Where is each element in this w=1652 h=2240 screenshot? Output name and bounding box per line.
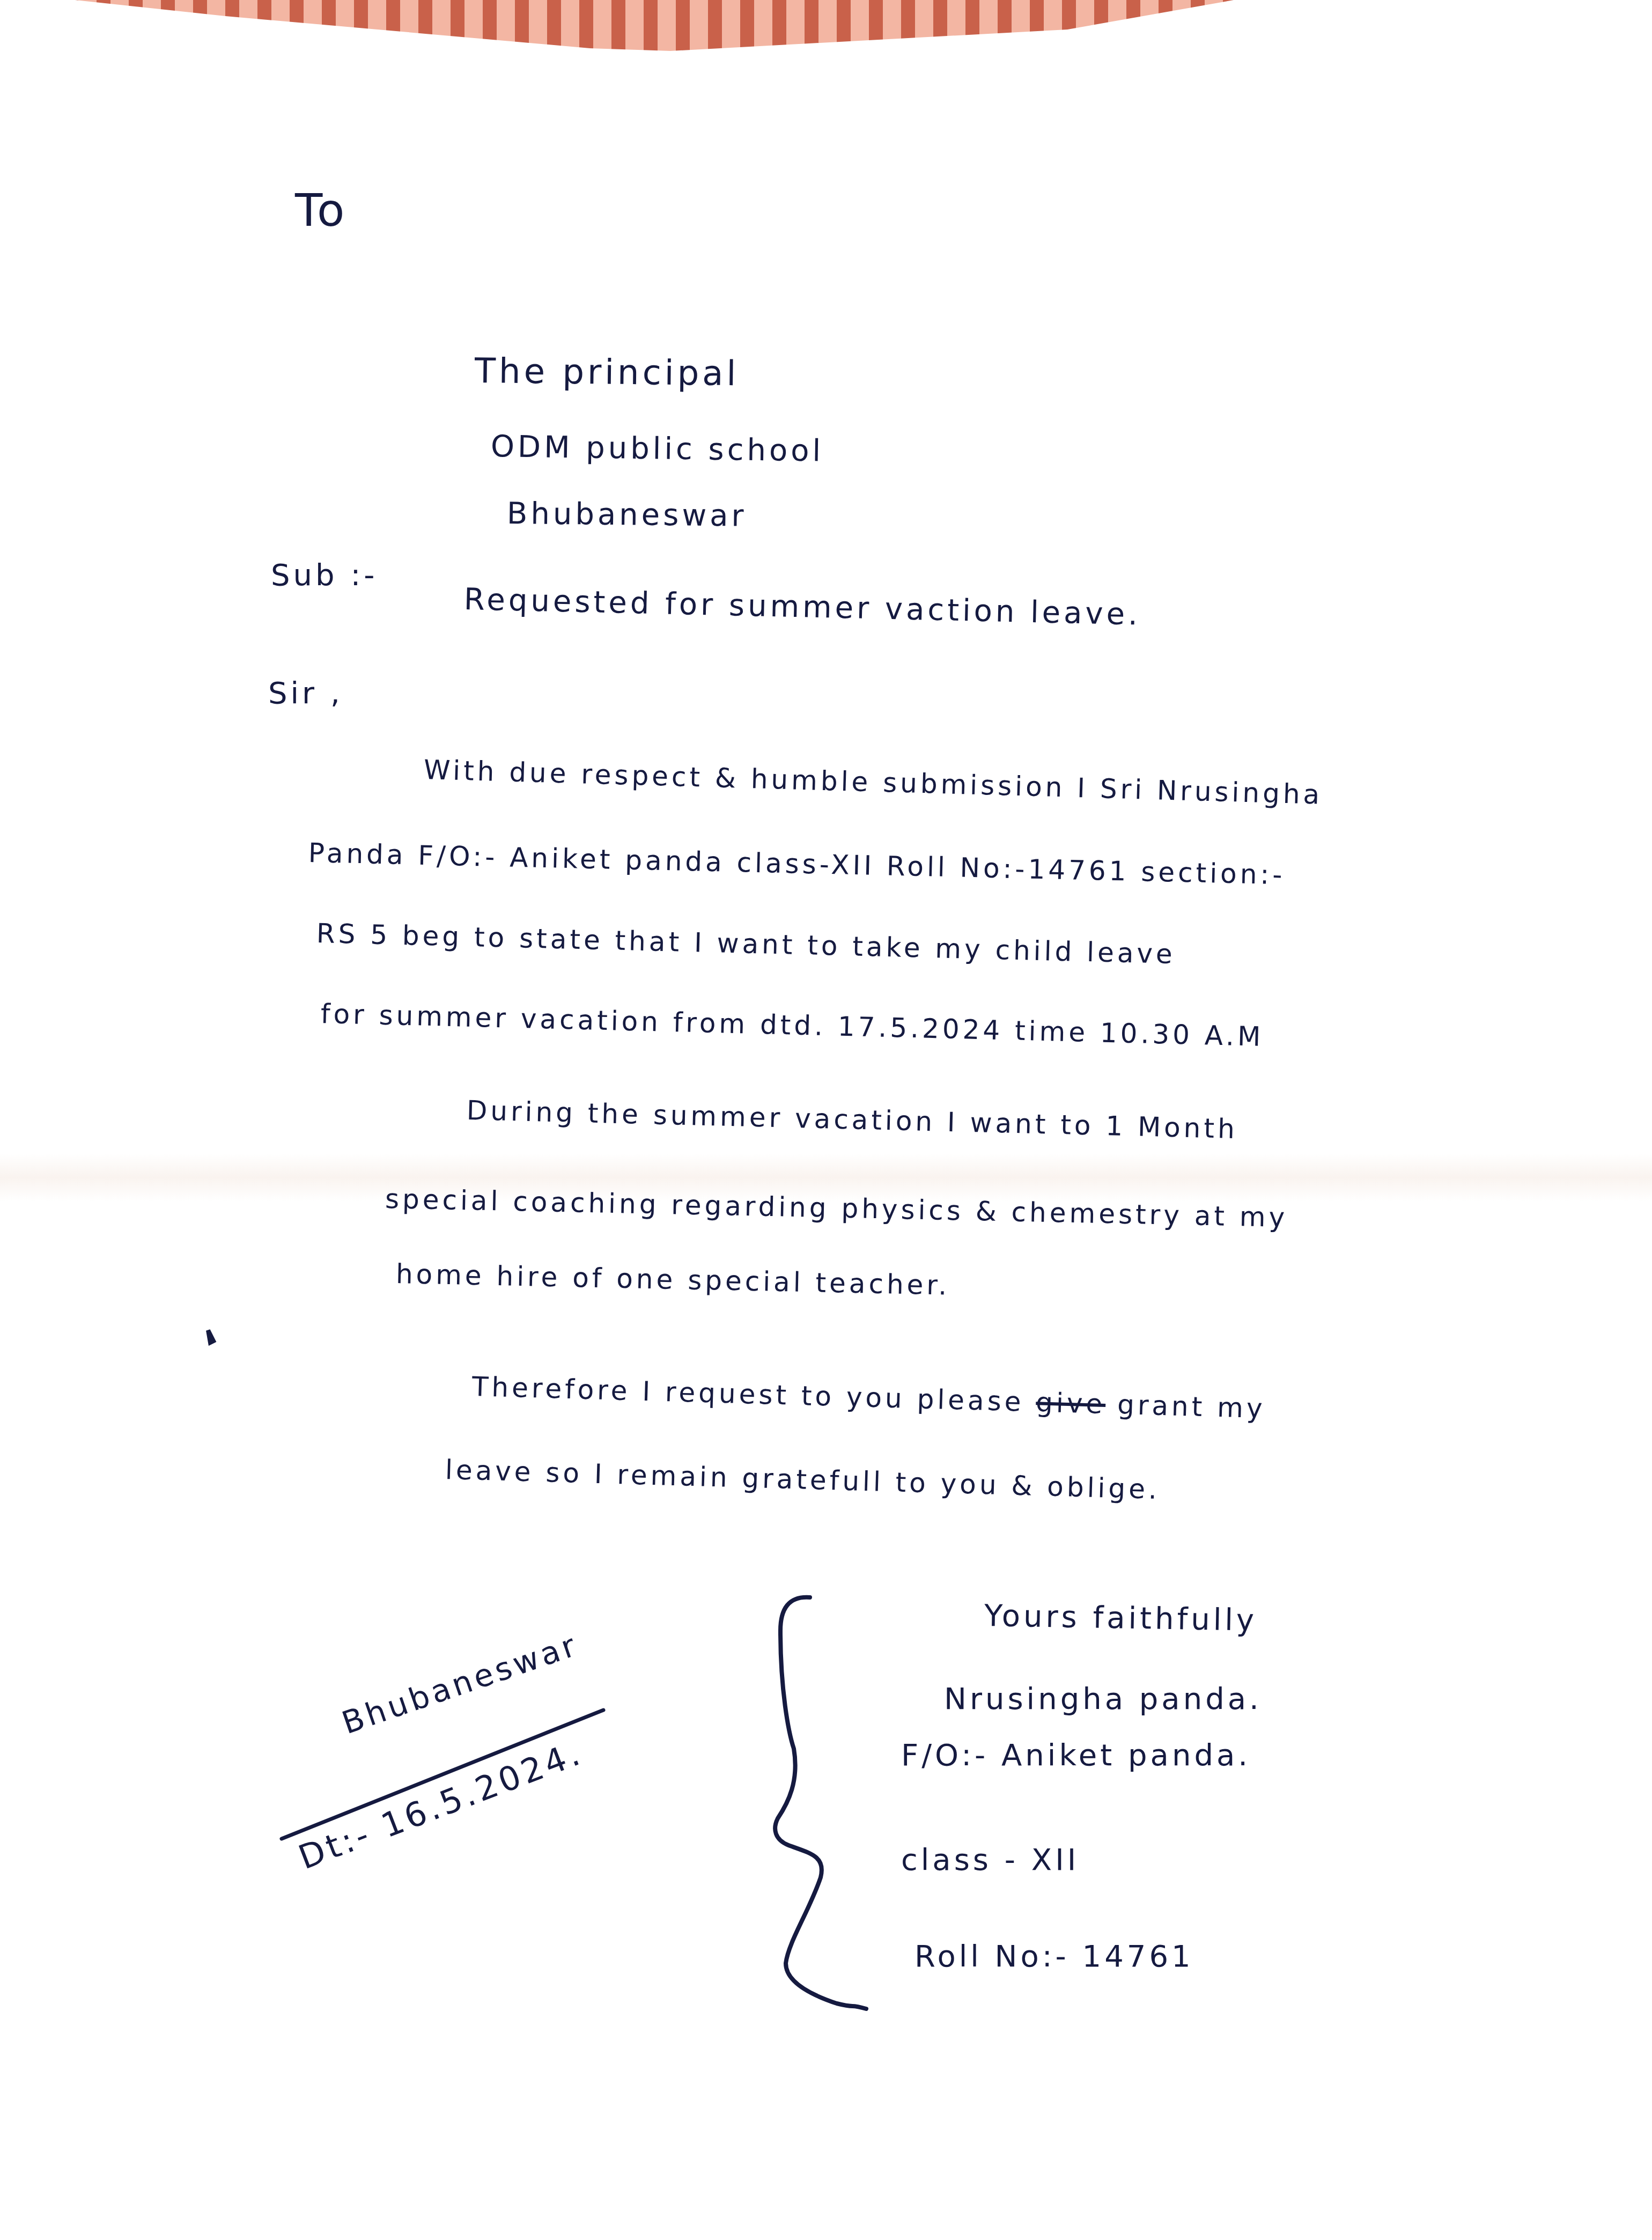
body-text: Therefore I request to you please bbox=[471, 1371, 1036, 1418]
to-heading: To bbox=[295, 188, 346, 233]
salutation: Sir , bbox=[268, 679, 343, 709]
sender-name: Nrusingha panda. bbox=[944, 1684, 1262, 1714]
sender-roll-number: Roll No:- 14761 bbox=[914, 1942, 1194, 1972]
place: Bhubaneswar bbox=[338, 1629, 582, 1738]
body-line: Therefore I request to you please give g… bbox=[471, 1373, 1266, 1422]
valediction: Yours faithfully bbox=[984, 1601, 1258, 1636]
body-line: Panda F/O:- Aniket panda class-XII Roll … bbox=[308, 839, 1285, 888]
recipient-title: The principal bbox=[475, 354, 740, 391]
recipient-school: ODM public school bbox=[491, 432, 824, 467]
body-line: With due respect & humble submission I S… bbox=[423, 756, 1323, 808]
body-line: During the summer vacation I want to 1 M… bbox=[466, 1097, 1238, 1143]
subject-label: Sub :- bbox=[271, 561, 378, 591]
body-line: for summer vacation from dtd. 17.5.2024 … bbox=[320, 1000, 1264, 1050]
curly-brace bbox=[775, 1597, 866, 2009]
recipient-city: Bhubaneswar bbox=[507, 499, 747, 532]
ink-mark bbox=[208, 1330, 213, 1343]
sender-class: class - XII bbox=[901, 1845, 1079, 1875]
body-line: RS 5 beg to state that I want to take my… bbox=[316, 920, 1176, 968]
subject-text: Requested for summer vaction leave. bbox=[463, 585, 1141, 630]
body-text: grant my bbox=[1105, 1389, 1266, 1424]
fabric-banner-decoration bbox=[0, 0, 1652, 54]
sender-father-of: F/O:- Aniket panda. bbox=[901, 1741, 1251, 1771]
letter-page: To The principal ODM public school Bhuba… bbox=[0, 0, 1652, 2240]
date: Dt:- 16.5.2024. bbox=[294, 1736, 587, 1875]
body-line: leave so I remain gratefull to you & obl… bbox=[445, 1456, 1160, 1503]
struck-out-word: give bbox=[1035, 1387, 1106, 1420]
body-line: home hire of one special teacher. bbox=[395, 1261, 950, 1299]
